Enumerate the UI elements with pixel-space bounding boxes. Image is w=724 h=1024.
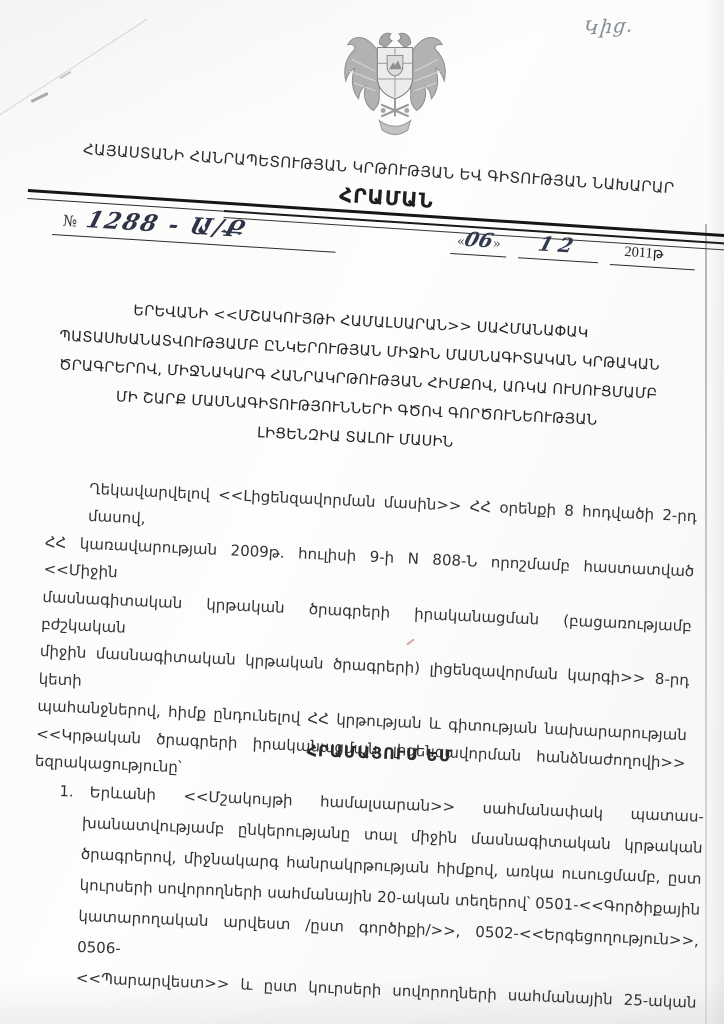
ribbon-shape (379, 120, 410, 134)
corner-handwritten-note: Կից. (583, 14, 635, 40)
document-title-block: ԵՐԵՎԱՆԻ <<ՄՇԱԿՈՒՅԹԻ ՀԱՄԱԼՍԱՐԱՆ>> ՍԱՀՄԱՆԱ… (25, 292, 691, 469)
central-shield-shape (377, 48, 412, 99)
scanned-order-document: { "note": { "text": "Կից." }, "header": … (0, 0, 724, 1024)
number-symbol: № (62, 212, 77, 231)
date-month-segment: 12 (518, 230, 599, 263)
armenia-coat-of-arms-icon (336, 20, 454, 142)
date-day-handwritten: 06 (462, 227, 496, 252)
order-item-1: 1. Երևանի <<Մշակույթի համալսարան>> սահմա… (51, 776, 704, 1019)
date-month-handwritten: 12 (528, 231, 582, 258)
date-day-segment: «06» (450, 226, 507, 257)
base-ornaments-shape (379, 99, 410, 135)
page-edge-line (705, 224, 707, 1024)
page-edge-shade (707, 0, 724, 1024)
date-year-printed: 2011թ (609, 243, 695, 270)
scan-crease-line (0, 19, 147, 119)
item-number: 1. (59, 776, 75, 808)
